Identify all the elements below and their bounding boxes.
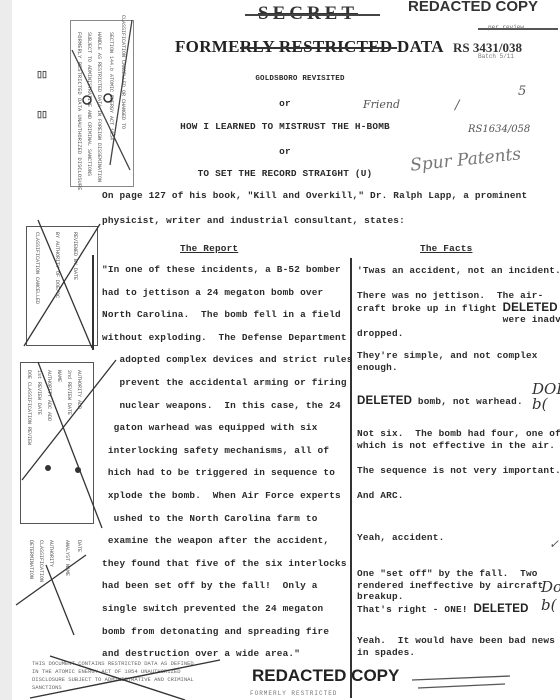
fact-line: DELETED bomb, not warhead. (357, 395, 523, 407)
report-line: bomb from detonating and spreading fire (102, 626, 329, 637)
title-or-1: or (0, 98, 560, 109)
redacted-copy-stamp-top: REDACTED COPY (408, 0, 538, 15)
fact-line: craft broke up in flight DELETED (357, 302, 558, 314)
stamp-margin-mark-2: ▯▯ (37, 110, 47, 120)
report-margin-bar (92, 255, 94, 350)
handwritten-5: 5 (518, 84, 526, 99)
redacted-copy-stamp-bottom: REDACTED COPY (252, 666, 399, 686)
deleted-redaction: DELETED (503, 302, 558, 314)
top-right-struck-text: per review (488, 24, 524, 31)
report-line: and destruction over a wide area." (102, 648, 300, 659)
report-line: "In one of these incidents, a B-52 bombe… (102, 264, 341, 275)
report-line: ushed to the North Carolina farm to (102, 513, 318, 524)
title-line-3: TO SET THE RECORD STRAIGHT (U) (0, 168, 560, 179)
fact-line: Yeah, accident. (357, 532, 444, 543)
fact-line: in spades. (357, 647, 415, 658)
report-line: had been set off by the fall! Only a (102, 580, 318, 591)
report-line: without exploding. The Defense Departmen… (102, 332, 347, 343)
fact-line: One "set off" by the fall. Two (357, 568, 538, 579)
report-line: adopted complex devices and strict rules (102, 354, 353, 365)
fact-line: They're simple, and not complex (357, 350, 538, 361)
handwritten-record-number: RS1634/058 (468, 124, 530, 135)
handwritten-initial: Friend (363, 98, 400, 111)
fact-line: 'Twas an accident, not an incident. (357, 265, 560, 276)
column-header-facts: The Facts (420, 243, 472, 254)
fact-line: The sequence is not very important. (357, 465, 560, 476)
handwritten-check: ✓ (549, 537, 559, 551)
report-line: examine the weapon after the accident, (102, 535, 329, 546)
report-line: single switch prevented the 24 megaton (102, 603, 323, 614)
record-sub: Batch 5/11 (478, 53, 514, 60)
deleted-redaction: DELETED (357, 395, 412, 407)
report-line: they found that five of the six interloc… (102, 558, 347, 569)
report-line: prevent the accidental arming or firing (102, 377, 347, 388)
classification-stamp-middle: CLASSIFICATION CANCELLED BY AUTHORITY OF… (22, 220, 102, 350)
handwritten-slash: / (455, 98, 459, 113)
fact-line: There was no jettison. The air- (357, 290, 543, 301)
deleted-redaction: DELETED (474, 603, 529, 615)
fact-line: breakup. (357, 591, 404, 602)
report-line: had to jettison a 24 megaton bomb over (102, 287, 323, 298)
report-line: interlocking safety mechanisms, all of (102, 445, 329, 456)
footer-struck-notice: THIS DOCUMENT CONTAINS RESTRICTED DATA A… (32, 660, 202, 692)
handwritten-doe-1: DOE b( (532, 382, 560, 412)
handwritten-doe-2: Do b( (541, 578, 560, 614)
report-line: North Carolina. The bomb fell in a field (102, 309, 341, 320)
intro-line-1: On page 127 of his book, "Kill and Overk… (102, 190, 527, 201)
fact-line: That's right - ONE! DELETED (357, 603, 529, 615)
column-header-report: The Report (180, 243, 238, 254)
fact-line: And ARC. (357, 490, 404, 501)
intro-line-2: physicist, writer and industrial consult… (102, 215, 405, 226)
footer-bottom-text: FORMERLY RESTRICTED (250, 690, 337, 697)
title-line-1: GOLDSBORO REVISITED (0, 75, 560, 83)
report-line: nuclear weapons. In this case, the 24 (102, 400, 341, 411)
fact-line: were inadvertently (357, 314, 560, 325)
fact-line: which is not effective in the air. (357, 440, 555, 451)
fact-line: Yeah. It would have been bad news - (357, 635, 560, 646)
report-line: hich had to be triggered in sequence to (102, 467, 335, 478)
classification-strikethrough (245, 14, 380, 16)
fact-line: Not six. The bomb had four, one of (357, 428, 560, 439)
fact-line: rendered ineffective by aircraft (357, 580, 543, 591)
classification-stamp-bottom: DETERMINATION CLASSIFICATION AUTHORITY A… (16, 535, 91, 645)
classification-stamp-lower: DOE CLASSIFICATION REVIEW 1st REVIEW DAT… (16, 360, 111, 530)
facts-margin-bar (350, 258, 352, 698)
fact-line: dropped. (357, 328, 404, 339)
report-line: gaton warhead was equipped with six (102, 422, 318, 433)
report-line: xplode the bomb. When Air Force experts (102, 490, 341, 501)
frd-strikethrough (240, 47, 397, 49)
fact-line: enough. (357, 362, 398, 373)
